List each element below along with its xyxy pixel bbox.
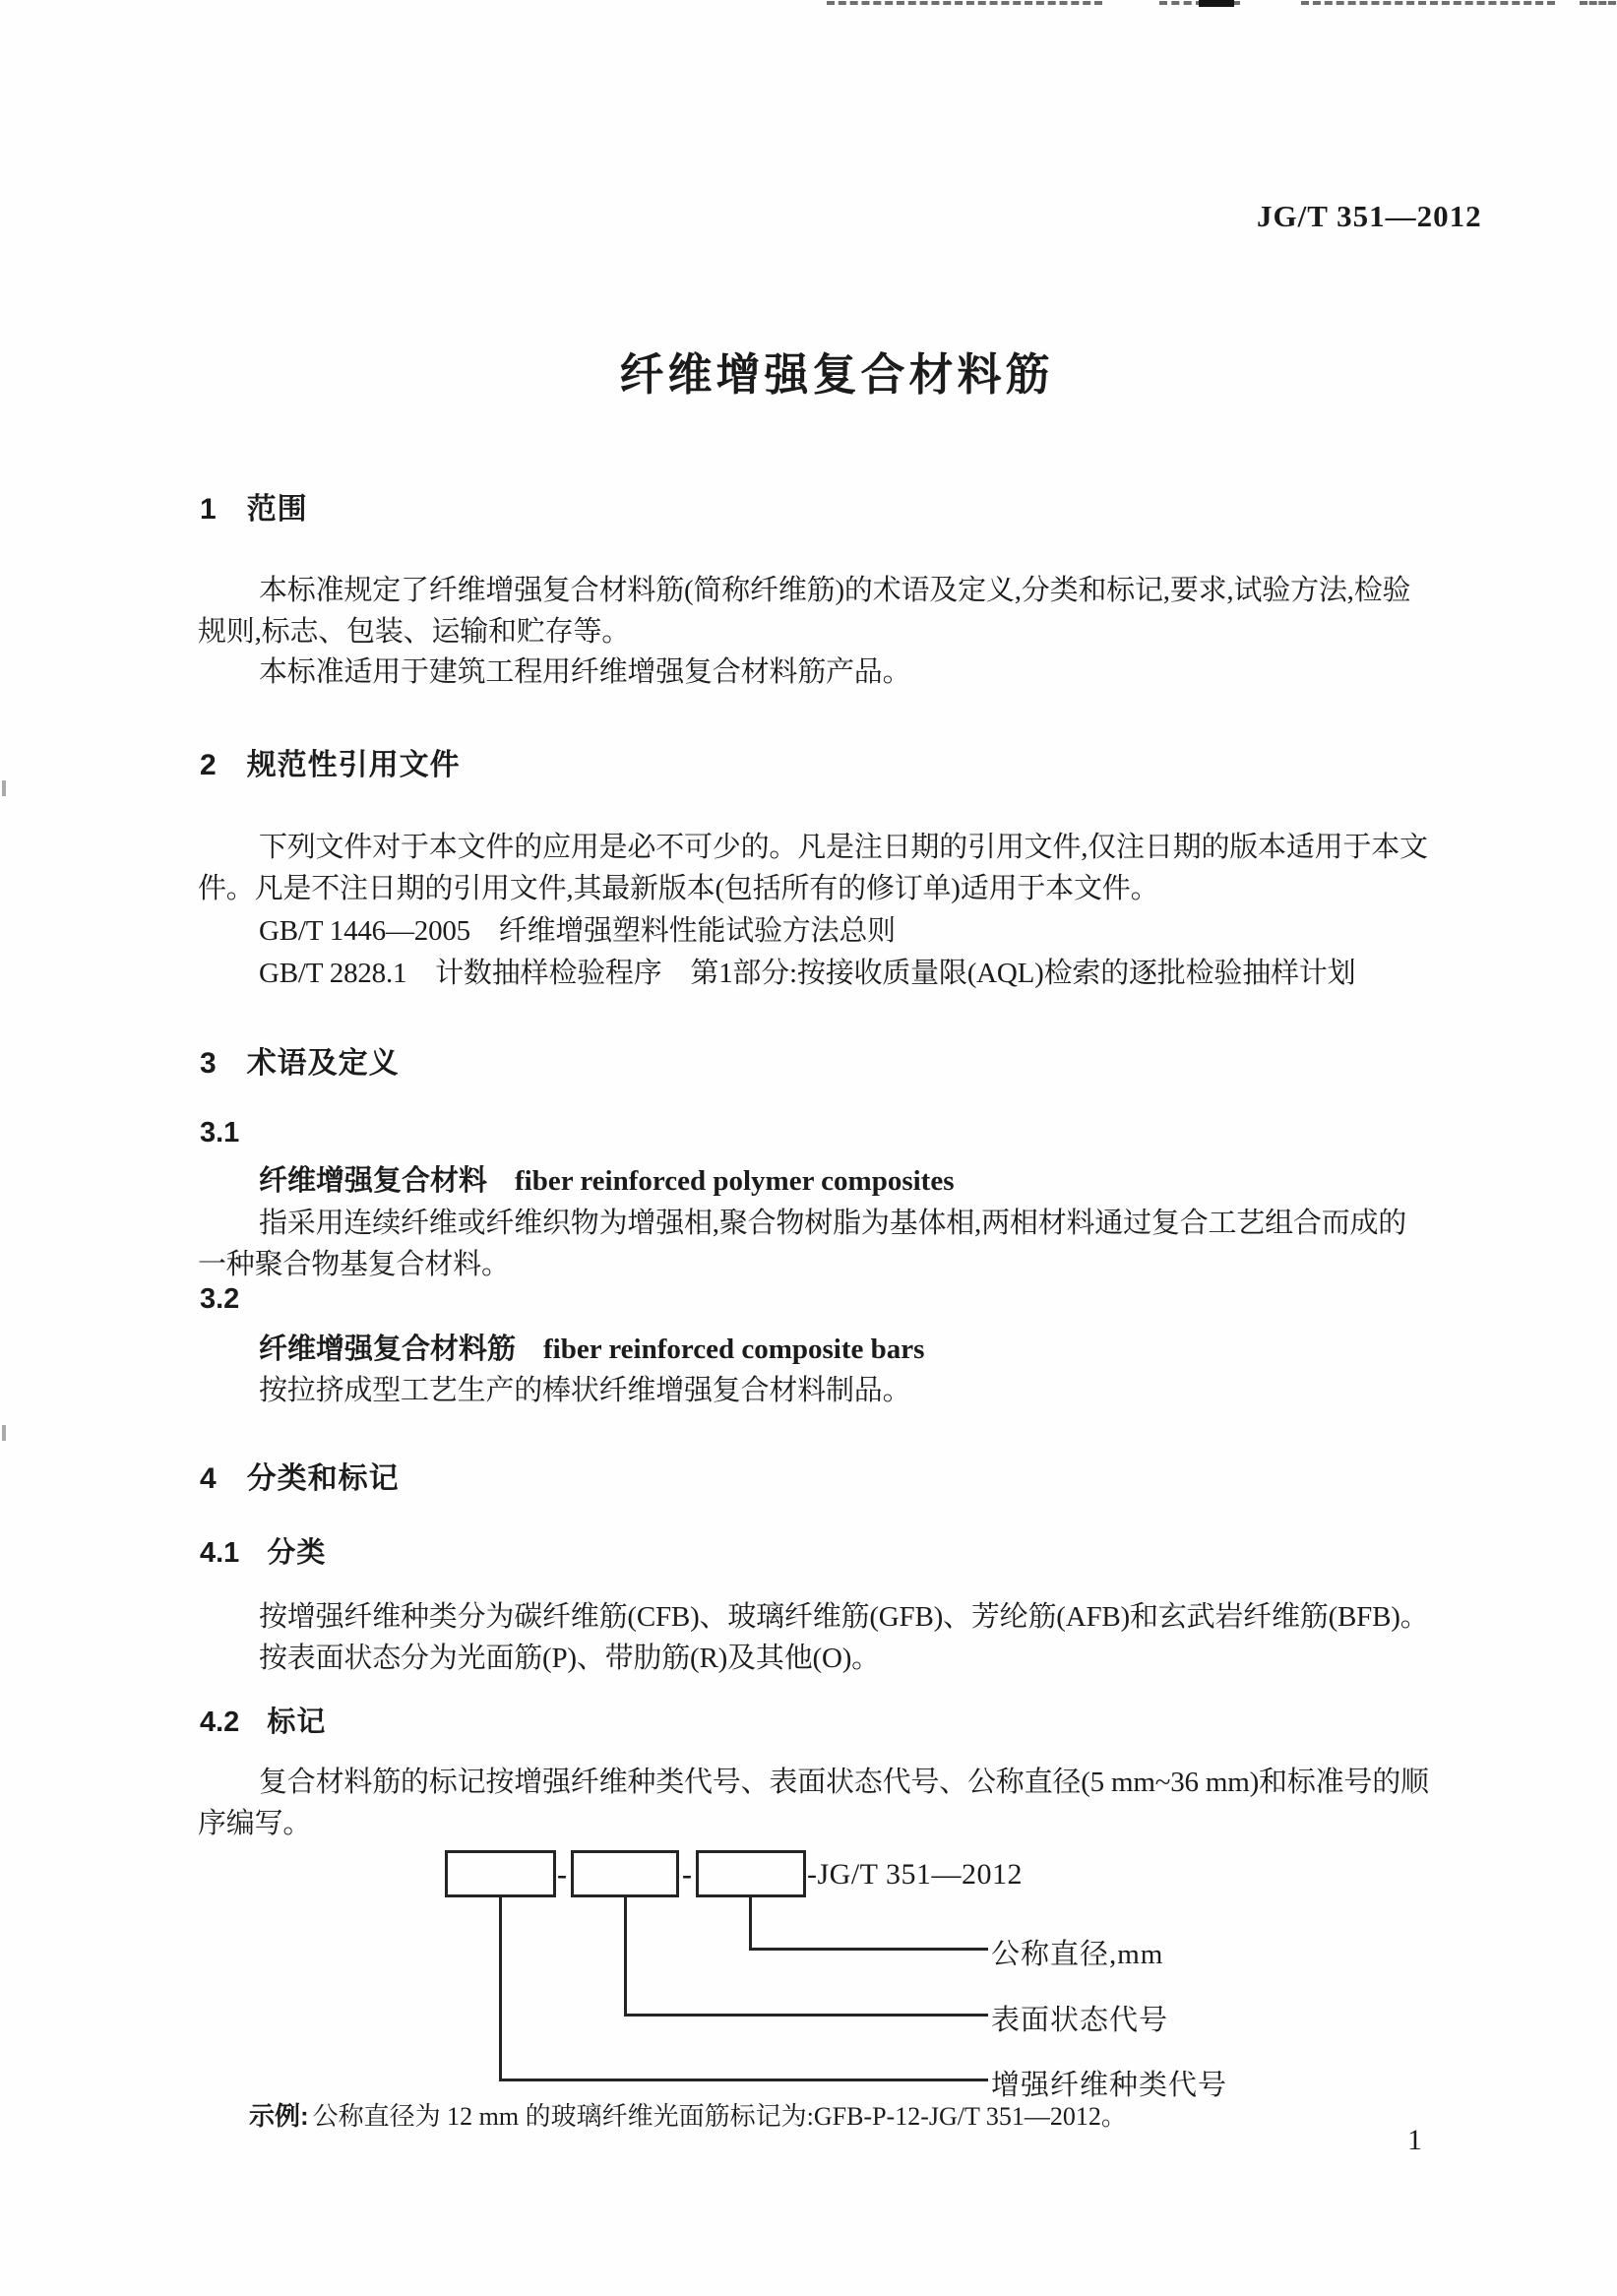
example-note: 示例:公称直径为 12 mm 的玻璃纤维光面筋标记为:GFB-P-12-JG/T… bbox=[249, 2096, 1127, 2133]
section-4-heading: 4分类和标记 bbox=[200, 1454, 400, 1497]
standard-code: JG/T 351—2012 bbox=[1257, 199, 1482, 234]
edge-speck bbox=[2, 780, 6, 796]
clause-number: 4.1 bbox=[200, 1537, 239, 1569]
reference-line: GB/T 2828.1 计数抽样检验程序 第1部分:按接收质量限(AQL)检索的… bbox=[259, 951, 1355, 991]
term-definition-line: 纤维增强复合材料筋fiber reinforced composite bars bbox=[259, 1327, 924, 1367]
term-zh: 纤维增强复合材料 bbox=[259, 1165, 487, 1197]
body-text-line: 序编写。 bbox=[198, 1801, 311, 1841]
body-text-line: 按表面状态分为光面筋(P)、带肋筋(R)及其他(O)。 bbox=[259, 1636, 880, 1676]
example-prefix: 示例: bbox=[249, 2101, 309, 2131]
body-text-line: 本标准适用于建筑工程用纤维增强复合材料筋产品。 bbox=[259, 650, 910, 690]
edge-speck bbox=[2, 1425, 6, 1441]
section-2-heading: 2规范性引用文件 bbox=[200, 740, 461, 783]
clause-title: 标记 bbox=[267, 1700, 326, 1740]
connector-line bbox=[749, 1897, 752, 1951]
clause-title: 范围 bbox=[247, 493, 308, 526]
body-text-line: 按拉挤成型工艺生产的棒状纤维增强复合材料制品。 bbox=[259, 1368, 910, 1408]
example-text: 公称直径为 12 mm 的玻璃纤维光面筋标记为:GFB-P-12-JG/T 35… bbox=[313, 2102, 1127, 2131]
standard-suffix: -JG/T 351—2012 bbox=[807, 1858, 1023, 1892]
document-title: 纤维增强复合材料筋 bbox=[197, 339, 1476, 403]
reference-line: GB/T 1446—2005 纤维增强塑料性能试验方法总则 bbox=[259, 908, 896, 949]
designation-box-diameter bbox=[696, 1850, 806, 1897]
clause-number: 4.2 bbox=[200, 1706, 239, 1738]
clause-number: 3 bbox=[200, 1047, 218, 1081]
connector-line bbox=[499, 2079, 988, 2081]
clause-number: 2 bbox=[200, 749, 218, 782]
designation-box-surface-code bbox=[571, 1850, 679, 1897]
document-page: JG/T 351—2012 纤维增强复合材料筋 1范围 本标准规定了纤维增强复合… bbox=[0, 0, 1617, 2296]
page-number: 1 bbox=[1407, 2124, 1422, 2157]
clause-title: 术语及定义 bbox=[247, 1047, 400, 1080]
clause-3-2-number: 3.2 bbox=[200, 1283, 239, 1316]
term-en: fiber reinforced composite bars bbox=[543, 1334, 924, 1365]
diagram-label-surface: 表面状态代号 bbox=[991, 1998, 1168, 2038]
term-en: fiber reinforced polymer composites bbox=[515, 1165, 954, 1197]
term-definition-line: 纤维增强复合材料fiber reinforced polymer composi… bbox=[259, 1158, 955, 1199]
body-text-line: 本标准规定了纤维增强复合材料筋(简称纤维筋)的术语及定义,分类和标记,要求,试验… bbox=[259, 568, 1410, 608]
connector-line bbox=[499, 1897, 502, 2081]
scan-blob bbox=[1199, 0, 1234, 7]
scan-dash bbox=[1580, 1, 1616, 5]
body-text-line: 件。凡是不注日期的引用文件,其最新版本(包括所有的修订单)适用于本文件。 bbox=[198, 866, 1158, 906]
body-text-line: 下列文件对于本文件的应用是必不可少的。凡是注日期的引用文件,仅注日期的版本适用于… bbox=[259, 825, 1428, 865]
diagram-label-diameter: 公称直径,mm bbox=[991, 1932, 1163, 1972]
designation-box-fiber-code bbox=[445, 1850, 556, 1897]
clause-number: 4 bbox=[200, 1462, 218, 1496]
scan-dash bbox=[1301, 1, 1555, 5]
body-text-line: 一种聚合物基复合材料。 bbox=[198, 1242, 510, 1282]
body-text-line: 按增强纤维种类分为碳纤维筋(CFB)、玻璃纤维筋(GFB)、芳纶筋(AFB)和玄… bbox=[259, 1594, 1429, 1635]
clause-4-1-heading: 4.1分类 bbox=[200, 1530, 326, 1571]
connector-line bbox=[749, 1948, 988, 1951]
clause-number: 1 bbox=[200, 493, 218, 527]
body-text-line: 复合材料筋的标记按增强纤维种类代号、表面状态代号、公称直径(5 mm~36 mm… bbox=[259, 1760, 1429, 1800]
scan-dash bbox=[827, 1, 1102, 5]
connector-line bbox=[624, 2014, 988, 2017]
section-3-heading: 3术语及定义 bbox=[200, 1038, 400, 1082]
section-1-heading: 1范围 bbox=[200, 484, 308, 527]
clause-4-2-heading: 4.2标记 bbox=[200, 1700, 326, 1740]
connector-line bbox=[624, 1897, 627, 2017]
clause-title: 规范性引用文件 bbox=[247, 749, 461, 781]
box-separator: - bbox=[682, 1858, 692, 1892]
clause-title: 分类和标记 bbox=[247, 1462, 400, 1495]
body-text-line: 指采用连续纤维或纤维织物为增强相,聚合物树脂为基体相,两相材料通过复合工艺组合而… bbox=[259, 1201, 1406, 1241]
clause-title: 分类 bbox=[267, 1530, 326, 1571]
term-zh: 纤维增强复合材料筋 bbox=[259, 1334, 516, 1365]
body-text-line: 规则,标志、包装、运输和贮存等。 bbox=[198, 609, 630, 650]
box-separator: - bbox=[557, 1858, 567, 1892]
clause-3-1-number: 3.1 bbox=[200, 1117, 239, 1149]
